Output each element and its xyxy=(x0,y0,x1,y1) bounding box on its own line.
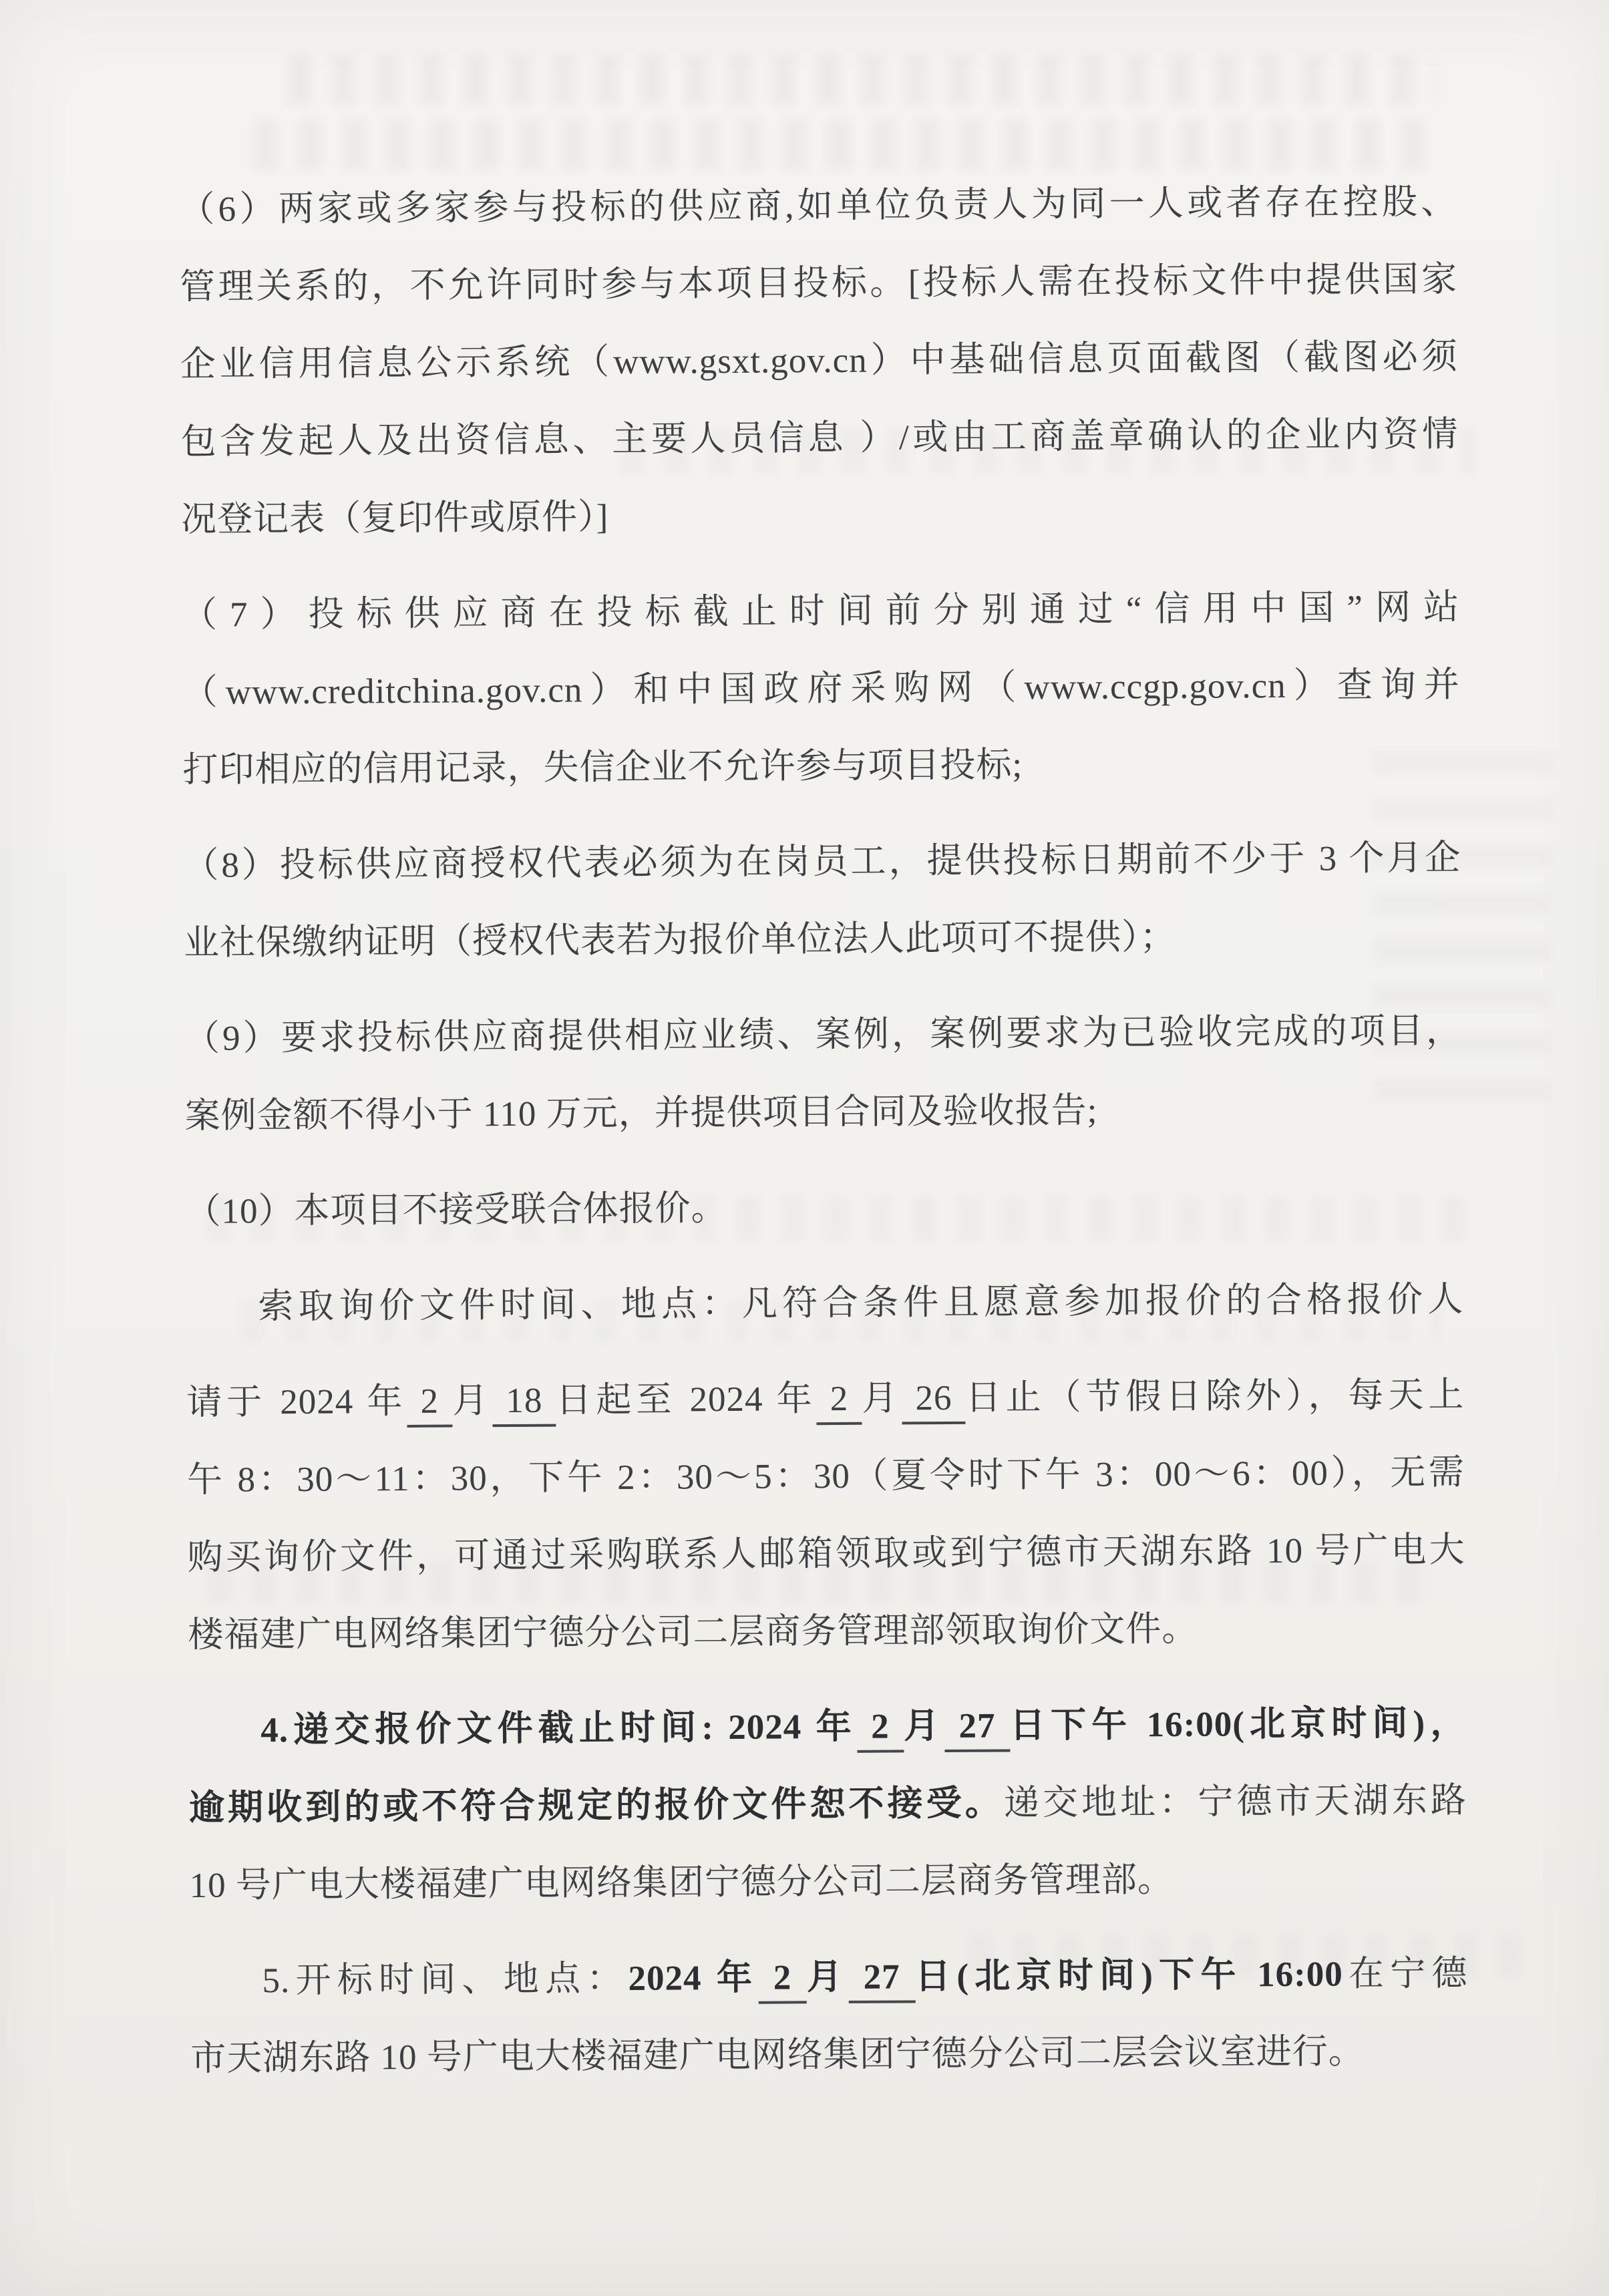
text-segment: 业社保缴纳证明（授权代表若为报价单位法人此项可不提供）； xyxy=(184,918,1176,963)
scanned-document-page: （6）两家或多家参与投标的供应商,如单位负责人为同一人或者存在控股、管理关系的，… xyxy=(0,0,1609,2296)
text-segment: 索取询价文件时间、地点：凡符合条件且愿意参加报价的合格报价人 xyxy=(258,1280,1463,1326)
text-segment: 日起至 2024 年 xyxy=(556,1379,816,1420)
text-line: （10）本项目不接受联合体报价。 xyxy=(185,1165,1463,1251)
underlined-date-value: 2 xyxy=(407,1382,452,1428)
underlined-date-value: 18 xyxy=(492,1381,556,1428)
text-line: 购买询价文件，可通过采购联系人邮箱领取或到宁德市天湖东路 10 号广电大 xyxy=(187,1511,1465,1597)
text-line: 打印相应的信用记录，失信企业不允许参与项目投标; xyxy=(182,723,1461,809)
text-segment: 月 xyxy=(452,1381,492,1420)
text-line: 请于 2024 年 2 月 18 日起至 2024 年 2 月 26 日止（节假… xyxy=(186,1356,1465,1442)
item-4-submission-deadline: 4.递交报价文件截止时间: 2024 年 2 月 27 日下午 16:00(北京… xyxy=(188,1684,1467,1925)
underlined-date-value: 2 xyxy=(758,1958,807,2003)
text-line: 市天湖东路 10 号广电大楼福建广电网络集团宁德分公司二层会议室进行。 xyxy=(190,2012,1469,2098)
text-segment: 5.开标时间、地点： xyxy=(262,1959,628,2000)
text-segment: 逾期收到的或不符合规定的报价文件恕不接受。 xyxy=(189,1784,1004,1828)
text-segment: 购买询价文件，可通过采购联系人邮箱领取或到宁德市天湖东路 10 号广电大 xyxy=(188,1530,1465,1577)
underlined-date-value: 26 xyxy=(902,1379,966,1425)
text-segment: 案例金额不得小于 110 万元，并提供项目合同及验收报告; xyxy=(184,1092,1097,1136)
clause-9: （9）要求投标供应商提供相应业绩、案例，案例要求为已验收完成的项目，案例金额不得… xyxy=(184,992,1463,1155)
text-segment: 递交地址：宁德市天湖东路 xyxy=(1004,1781,1467,1822)
bleed-through-artifact xyxy=(287,53,1436,106)
text-line: （7）投标供应商在投标截止时间前分别通过“信用中国”网站 xyxy=(182,568,1460,654)
text-line: （9）要求投标供应商提供相应业绩、案例，案例要求为已验收完成的项目， xyxy=(184,992,1463,1078)
document-body: （6）两家或多家参与投标的供应商,如单位负责人为同一人或者存在控股、管理关系的，… xyxy=(179,163,1469,2116)
clause-8: （8）投标供应商授权代表必须为在岗员工，提供投标日期前不少于 3 个月企业社保缴… xyxy=(183,819,1461,982)
text-segment: 市天湖东路 10 号广电大楼福建广电网络集团宁德分公司二层会议室进行。 xyxy=(190,2032,1365,2078)
clause-6: （6）两家或多家参与投标的供应商,如单位负责人为同一人或者存在控股、管理关系的，… xyxy=(179,163,1459,558)
underlined-date-value: 2 xyxy=(816,1379,862,1425)
text-segment: 4.递交报价文件截止时间: 2024 年 xyxy=(260,1707,857,1750)
text-segment: 请于 2024 年 xyxy=(186,1382,407,1422)
text-line: 案例金额不得小于 110 万元，并提供项目合同及验收报告; xyxy=(184,1070,1463,1155)
text-line: 企业信用信息公示系统（www.gsxt.gov.cn）中基础信息页面截图（截图必… xyxy=(180,318,1458,403)
text-segment: 企业信用信息公示系统（www.gsxt.gov.cn）中基础信息页面截图（截图必… xyxy=(180,337,1458,384)
text-segment: 午 8：30～11：30，下午 2：30～5：30（夏令时下午 3：00～6：0… xyxy=(187,1453,1465,1500)
text-line: 4.递交报价文件截止时间: 2024 年 2 月 27 日下午 16:00(北京… xyxy=(188,1684,1467,1770)
text-line: 楼福建广电网络集团宁德分公司二层商务管理部领取询价文件。 xyxy=(188,1589,1466,1674)
text-segment: 10 号广电大楼福建广电网络集团宁德分公司二层商务管理部。 xyxy=(190,1860,1174,1905)
text-line: 5.开标时间、地点：2024 年 2 月 27 日(北京时间)下午 16:00在… xyxy=(190,1935,1468,2020)
text-segment: （7）投标供应商在投标截止时间前分别通过“信用中国”网站 xyxy=(182,588,1459,635)
text-line: 逾期收到的或不符合规定的报价文件恕不接受。递交地址：宁德市天湖东路 xyxy=(189,1762,1467,1847)
text-line: 10 号广电大楼福建广电网络集团宁德分公司二层商务管理部。 xyxy=(189,1839,1467,1925)
underlined-date-value: 2 xyxy=(857,1707,904,1752)
text-segment: 日(北京时间)下午 16:00 xyxy=(915,1955,1343,1996)
text-segment: 在宁德 xyxy=(1343,1954,1468,1993)
text-segment: 打印相应的信用记录，失信企业不允许参与项目投标; xyxy=(182,746,1023,790)
text-segment: 月 xyxy=(904,1707,944,1746)
text-segment: 日下午 16:00(北京时间)， xyxy=(1010,1703,1467,1745)
text-line: 业社保缴纳证明（授权代表若为报价单位法人此项可不提供）； xyxy=(184,896,1462,982)
text-line: 午 8：30～11：30，下午 2：30～5：30（夏令时下午 3：00～6：0… xyxy=(187,1434,1465,1519)
obtain-inquiry-documents-heading: 索取询价文件时间、地点：凡符合条件且愿意参加报价的合格报价人 xyxy=(186,1261,1464,1346)
clause-7: （7）投标供应商在投标截止时间前分别通过“信用中国”网站（www.creditc… xyxy=(182,568,1461,809)
item-5-bid-opening: 5.开标时间、地点：2024 年 2 月 27 日(北京时间)下午 16:00在… xyxy=(190,1935,1468,2098)
text-line: （6）两家或多家参与投标的供应商,如单位负责人为同一人或者存在控股、 xyxy=(179,163,1457,249)
text-segment: 月 xyxy=(807,1958,849,1997)
text-line: （www.creditchina.gov.cn）和中国政府采购网（www.ccg… xyxy=(182,646,1460,731)
text-segment: （8）投标供应商授权代表必须为在岗员工，提供投标日期前不少于 3 个月企 xyxy=(183,838,1461,885)
text-segment: （6）两家或多家参与投标的供应商,如单位负责人为同一人或者存在控股、 xyxy=(179,182,1457,229)
bleed-through-artifact xyxy=(254,119,1443,171)
underlined-date-value: 27 xyxy=(848,1957,915,2003)
text-segment: 包含发起人及出资信息、主要人员信息 ）/或由工商盖章确认的企业内资情 xyxy=(180,415,1458,462)
text-segment: 楼福建广电网络集团宁德分公司二层商务管理部领取询价文件。 xyxy=(188,1610,1198,1655)
underlined-date-value: 27 xyxy=(944,1706,1010,1752)
text-segment: 管理关系的，不允许同时参与本项目投标。[投标人需在投标文件中提供国家 xyxy=(180,260,1457,307)
text-line: （8）投标供应商授权代表必须为在岗员工，提供投标日期前不少于 3 个月企 xyxy=(183,819,1461,905)
text-segment: 况登记表（复印件或原件）] xyxy=(181,498,608,539)
text-segment: （www.creditchina.gov.cn）和中国政府采购网（www.ccg… xyxy=(182,665,1460,712)
obtain-inquiry-documents-details: 请于 2024 年 2 月 18 日起至 2024 年 2 月 26 日止（节假… xyxy=(186,1356,1466,1674)
text-segment: （9）要求投标供应商提供相应业绩、案例，案例要求为已验收完成的项目， xyxy=(184,1011,1462,1058)
text-segment: 日止（节假日除外），每天上 xyxy=(966,1375,1465,1418)
text-line: 管理关系的，不允许同时参与本项目投标。[投标人需在投标文件中提供国家 xyxy=(180,240,1458,326)
text-line: 索取询价文件时间、地点：凡符合条件且愿意参加报价的合格报价人 xyxy=(186,1261,1464,1346)
text-segment: 月 xyxy=(862,1379,902,1418)
text-line: 况登记表（复印件或原件）] xyxy=(181,473,1459,558)
text-line: 包含发起人及出资信息、主要人员信息 ）/或由工商盖章确认的企业内资情 xyxy=(180,395,1459,481)
text-segment: （10）本项目不接受联合体报价。 xyxy=(185,1189,727,1231)
clause-10: （10）本项目不接受联合体报价。 xyxy=(185,1165,1463,1251)
text-segment: 2024 年 xyxy=(628,1959,758,1998)
